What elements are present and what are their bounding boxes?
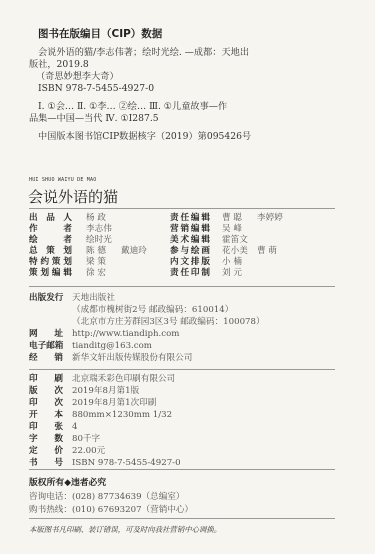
editorial-phone: 咨询电话：(028) 87734639（总编室）	[29, 490, 185, 502]
cip-title: 图书在版编目（CIP）数据	[38, 26, 162, 41]
cip-line: （奇思妙想李大奇）	[36, 71, 119, 83]
publisher-address: （成都市槐树街2号 邮政编码：610014）	[29, 304, 233, 316]
copyright-title: 版权所有◆违者必究	[29, 475, 106, 488]
printing-row: 版次 2019年8月第1版	[29, 385, 139, 397]
divider	[29, 208, 335, 209]
printing-row: 印张 4	[29, 421, 77, 433]
publisher-address: （北京市方庄芳群园3区3号 邮政编码：100078）	[29, 316, 265, 328]
publisher-row: 出版发行 天地出版社	[29, 292, 115, 304]
isbn-row: 书号 ISBN 978-7-5455-4927-0	[29, 457, 181, 469]
book-title: 会说外语的猫	[28, 186, 118, 207]
divider	[29, 286, 335, 287]
cip-line: 品集—中国—当代 Ⅳ. ①I287.5	[29, 113, 159, 125]
cip-line: 会说外语的猫/李志伟著；绘时光绘. —成都：天地出	[38, 47, 249, 59]
publisher-email-row: 电子邮箱 tianditg@163.com	[29, 340, 152, 352]
printing-row: 开本 880mm×1230mm 1/32	[29, 409, 172, 421]
copyright-page: 图书在版编目（CIP）数据 会说外语的猫/李志伟著；绘时光绘. —成都：天地出 …	[0, 0, 375, 554]
publisher-row: 经销 新华文轩出版传媒股份有限公司	[29, 352, 192, 364]
credit-row: 策划编辑 徐 宏	[29, 267, 106, 279]
replacement-notice: 本版图书凡印刷、装订错误，可及时向我社营销中心调换。	[29, 524, 221, 535]
email-link[interactable]: tianditg@163.com	[72, 340, 152, 352]
cip-record-number: 中国版本图书馆CIP数据核字（2019）第095426号	[38, 131, 251, 143]
printing-row: 印次 2019年8月第1次印刷	[29, 397, 156, 409]
book-title-pinyin: HUI SHUO WAIYU DE MAO	[29, 177, 96, 183]
cip-isbn: ISBN 978-7-5455-4927-0	[38, 83, 154, 95]
printing-row: 字数 80千字	[29, 433, 100, 445]
divider	[29, 518, 335, 519]
printing-row: 印刷 北京瑞禾彩色印刷有限公司	[29, 373, 175, 385]
cip-line: 版社，2019.8	[29, 59, 89, 71]
cip-line: Ⅰ. ①会… Ⅱ. ①李… ②绘… Ⅲ. ①儿童故事—作	[38, 101, 227, 113]
website-link[interactable]: http://www.tiandiph.com	[72, 328, 179, 340]
divider	[29, 369, 335, 370]
price-row: 定价 22.00元	[29, 445, 105, 457]
publisher-website-row: 网址 http://www.tiandiph.com	[29, 328, 179, 340]
credit-row: 责任印制 刘 元	[170, 267, 242, 279]
sales-phone: 购书热线：(010) 67693207（营销中心）	[29, 503, 193, 515]
divider	[29, 469, 335, 470]
